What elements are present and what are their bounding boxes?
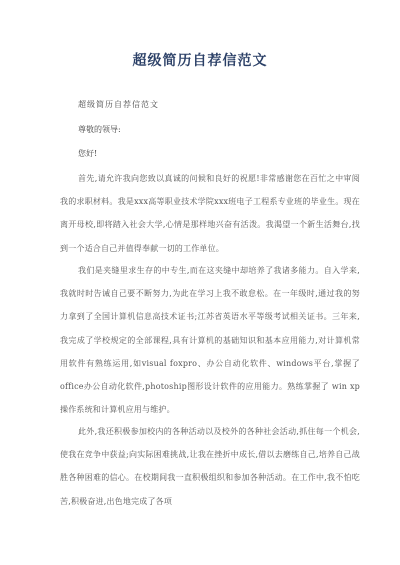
document-title: 超级简历自荐信范文 [0, 50, 400, 70]
paragraph-2: 我们是夹缝里求生存的中专生,而在这夹缝中却培养了我诸多能力。自入学来,我就时时告… [60, 259, 360, 421]
paragraph-3: 此外,我还积极参加校内的各种活动以及校外的各种社会活动,抓住每一个机会,使我在竞… [60, 420, 360, 513]
greeting: 您好! [78, 148, 97, 159]
body-text: 首先,请允许我向您致以真诚的问候和良好的祝愿!非常感谢您在百忙之中审阅我的求职材… [60, 167, 360, 260]
body-text-2: 我们是夹缝里求生存的中专生,而在这夹缝中却培养了我诸多能力。自入学来,我就时时告… [60, 259, 360, 421]
paragraph-1: 首先,请允许我向您致以真诚的问候和良好的祝愿!非常感谢您在百忙之中审阅我的求职材… [60, 167, 360, 260]
salutation: 尊敬的领导: [78, 124, 121, 135]
document-subtitle: 超级简历自荐信范文 [78, 99, 159, 110]
body-text-3: 此外,我还积极参加校内的各种活动以及校外的各种社会活动,抓住每一个机会,使我在竞… [60, 420, 360, 513]
